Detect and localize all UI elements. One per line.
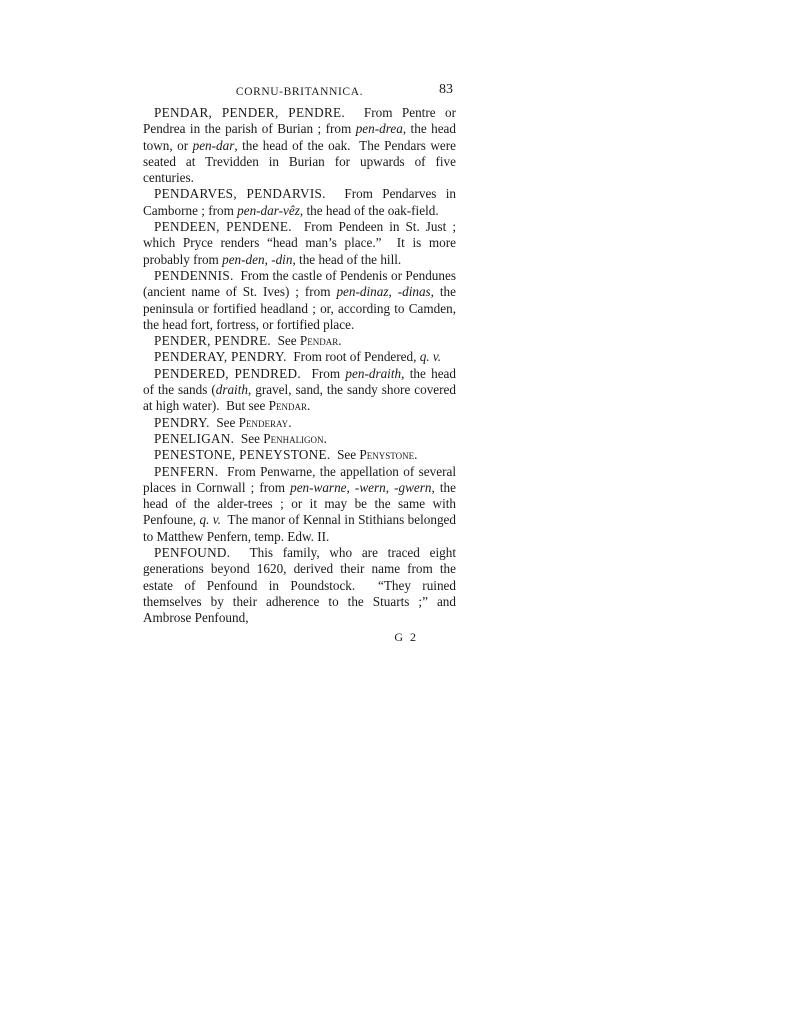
entry-headword: PENDEEN, PENDENE.	[154, 219, 292, 234]
entry-headword: PENDRY.	[154, 415, 210, 430]
italic-term: pen-dar	[193, 138, 235, 153]
entry-headword: PENDENNIS.	[154, 268, 234, 283]
running-title: CORNU-BRITANNICA.	[143, 84, 456, 100]
entry-headword: PENELIGAN.	[154, 431, 234, 446]
cross-reference: Penystone	[359, 447, 414, 462]
book-page: CORNU-BRITANNICA. 83 PENDAR, PENDER, PEN…	[143, 82, 456, 645]
italic-term: -wern	[355, 480, 386, 495]
dictionary-entry: PENDAR, PENDER, PENDRE. From Pentre or P…	[143, 105, 456, 186]
dictionary-entry: PENESTONE, PENEYSTONE. See Penystone.	[143, 447, 456, 463]
italic-term: draith	[216, 382, 248, 397]
dictionary-entry: PENDERAY, PENDRY. From root of Pendered,…	[143, 349, 456, 365]
dictionary-entry: PENDENNIS. From the castle of Pendenis o…	[143, 268, 456, 333]
signature-mark: G 2	[143, 629, 456, 645]
entry-text: .	[414, 447, 417, 462]
entry-headword: PENDERED, PENDRED.	[154, 366, 301, 381]
cross-reference: Penhaligon	[263, 431, 323, 446]
italic-term: pen-dar-vêz	[237, 203, 300, 218]
entry-text: See	[271, 333, 300, 348]
italic-term: q. v.	[200, 512, 221, 527]
italic-term: pen-warne	[290, 480, 346, 495]
cross-reference: Penderay	[239, 415, 289, 430]
dictionary-entry: PENDRY. See Penderay.	[143, 415, 456, 431]
italic-term: -dinas	[398, 284, 431, 299]
entry-text: .	[307, 398, 310, 413]
italic-term: pen-drea	[356, 121, 403, 136]
italic-term: pen-dinaz	[336, 284, 388, 299]
entry-headword: PENDARVES, PENDARVIS.	[154, 186, 326, 201]
italic-term: -gwern	[394, 480, 431, 495]
entry-text: From root of Pendered,	[287, 349, 420, 364]
cross-reference: Pendar	[269, 398, 307, 413]
entry-headword: PENESTONE, PENEYSTONE.	[154, 447, 330, 462]
italic-term: q. v.	[420, 349, 441, 364]
dictionary-entry: PENDARVES, PENDARVIS. From Pendarves in …	[143, 186, 456, 219]
entry-text: ,	[388, 284, 397, 299]
entry-text: ,	[386, 480, 394, 495]
entry-text: , the head of the oak-field.	[300, 203, 439, 218]
entry-text: See	[210, 415, 239, 430]
entry-text: .	[338, 333, 341, 348]
entry-headword: PENDAR, PENDER, PENDRE.	[154, 105, 345, 120]
entry-headword: PENDER, PENDRE.	[154, 333, 271, 348]
dictionary-entry: PENDERED, PENDRED. From pen-draith, the …	[143, 366, 456, 415]
italic-term: pen-den	[222, 252, 264, 267]
dictionary-entry: PENDEEN, PENDENE. From Pendeen in St. Ju…	[143, 219, 456, 268]
entry-text: .	[324, 431, 327, 446]
entry-text: From	[301, 366, 345, 381]
italic-term: pen-draith	[345, 366, 401, 381]
entry-headword: PENDERAY, PENDRY.	[154, 349, 287, 364]
dictionary-entries: PENDAR, PENDER, PENDRE. From Pentre or P…	[143, 105, 456, 627]
entry-headword: PENFERN.	[154, 464, 218, 479]
entry-text: See	[330, 447, 359, 462]
cross-reference: Pendar	[300, 333, 338, 348]
entry-text: See	[234, 431, 263, 446]
dictionary-entry: PENFERN. From Penwarne, the appellation …	[143, 464, 456, 545]
entry-text: .	[288, 415, 291, 430]
italic-term: -din	[271, 252, 292, 267]
entry-text: ,	[347, 480, 355, 495]
entry-headword: PENFOUND.	[154, 545, 230, 560]
dictionary-entry: PENELIGAN. See Penhaligon.	[143, 431, 456, 447]
dictionary-entry: PENFOUND. This family, who are traced ei…	[143, 545, 456, 626]
dictionary-entry: PENDER, PENDRE. See Pendar.	[143, 333, 456, 349]
page-number: 83	[439, 82, 453, 98]
entry-text: , the head of the hill.	[292, 252, 401, 267]
running-head: CORNU-BRITANNICA. 83	[143, 82, 456, 99]
